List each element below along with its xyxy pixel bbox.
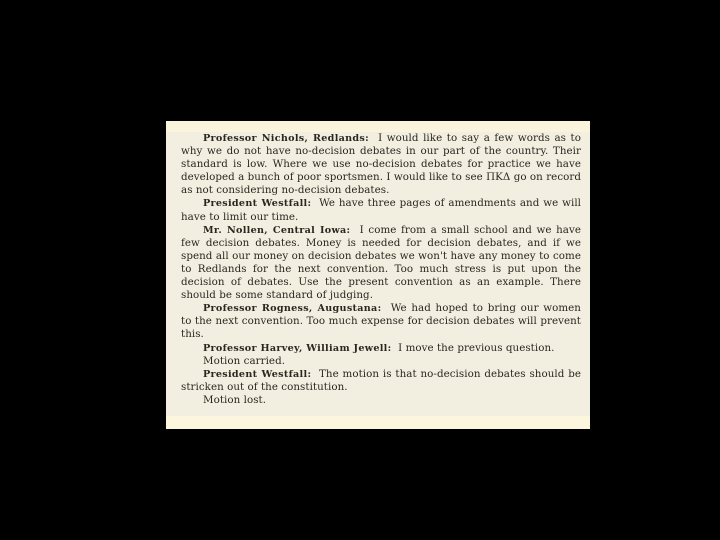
paragraph-nollen: Mr. Nollen, Central Iowa: I come from a … <box>181 224 581 303</box>
motion-note: Motion carried. <box>181 355 581 368</box>
paragraph-westfall-1: President Westfall: We have three pages … <box>181 197 581 223</box>
paragraph-westfall-2: President Westfall: The motion is that n… <box>181 368 581 394</box>
speaker-name: President Westfall: <box>203 198 311 209</box>
document-text: Professor Nichols, Redlands: I would lik… <box>181 132 581 407</box>
paragraph-harvey: Professor Harvey, William Jewell: I move… <box>181 342 581 355</box>
speaker-name: Professor Nichols, Redlands: <box>203 133 369 144</box>
speech-text: I move the previous question. <box>398 342 554 354</box>
speaker-name: Mr. Nollen, Central Iowa: <box>203 225 350 236</box>
speaker-name: President Westfall: <box>203 369 311 380</box>
paragraph-nichols: Professor Nichols, Redlands: I would lik… <box>181 132 581 197</box>
document-page: Professor Nichols, Redlands: I would lik… <box>166 121 590 429</box>
paragraph-rogness: Professor Rogness, Augustana: We had hop… <box>181 302 581 341</box>
page-top-band <box>166 121 590 132</box>
motion-note: Motion lost. <box>181 394 581 407</box>
speaker-name: Professor Harvey, William Jewell: <box>203 343 391 354</box>
speaker-name: Professor Rogness, Augustana: <box>203 303 381 314</box>
page-bottom-band <box>166 416 590 429</box>
